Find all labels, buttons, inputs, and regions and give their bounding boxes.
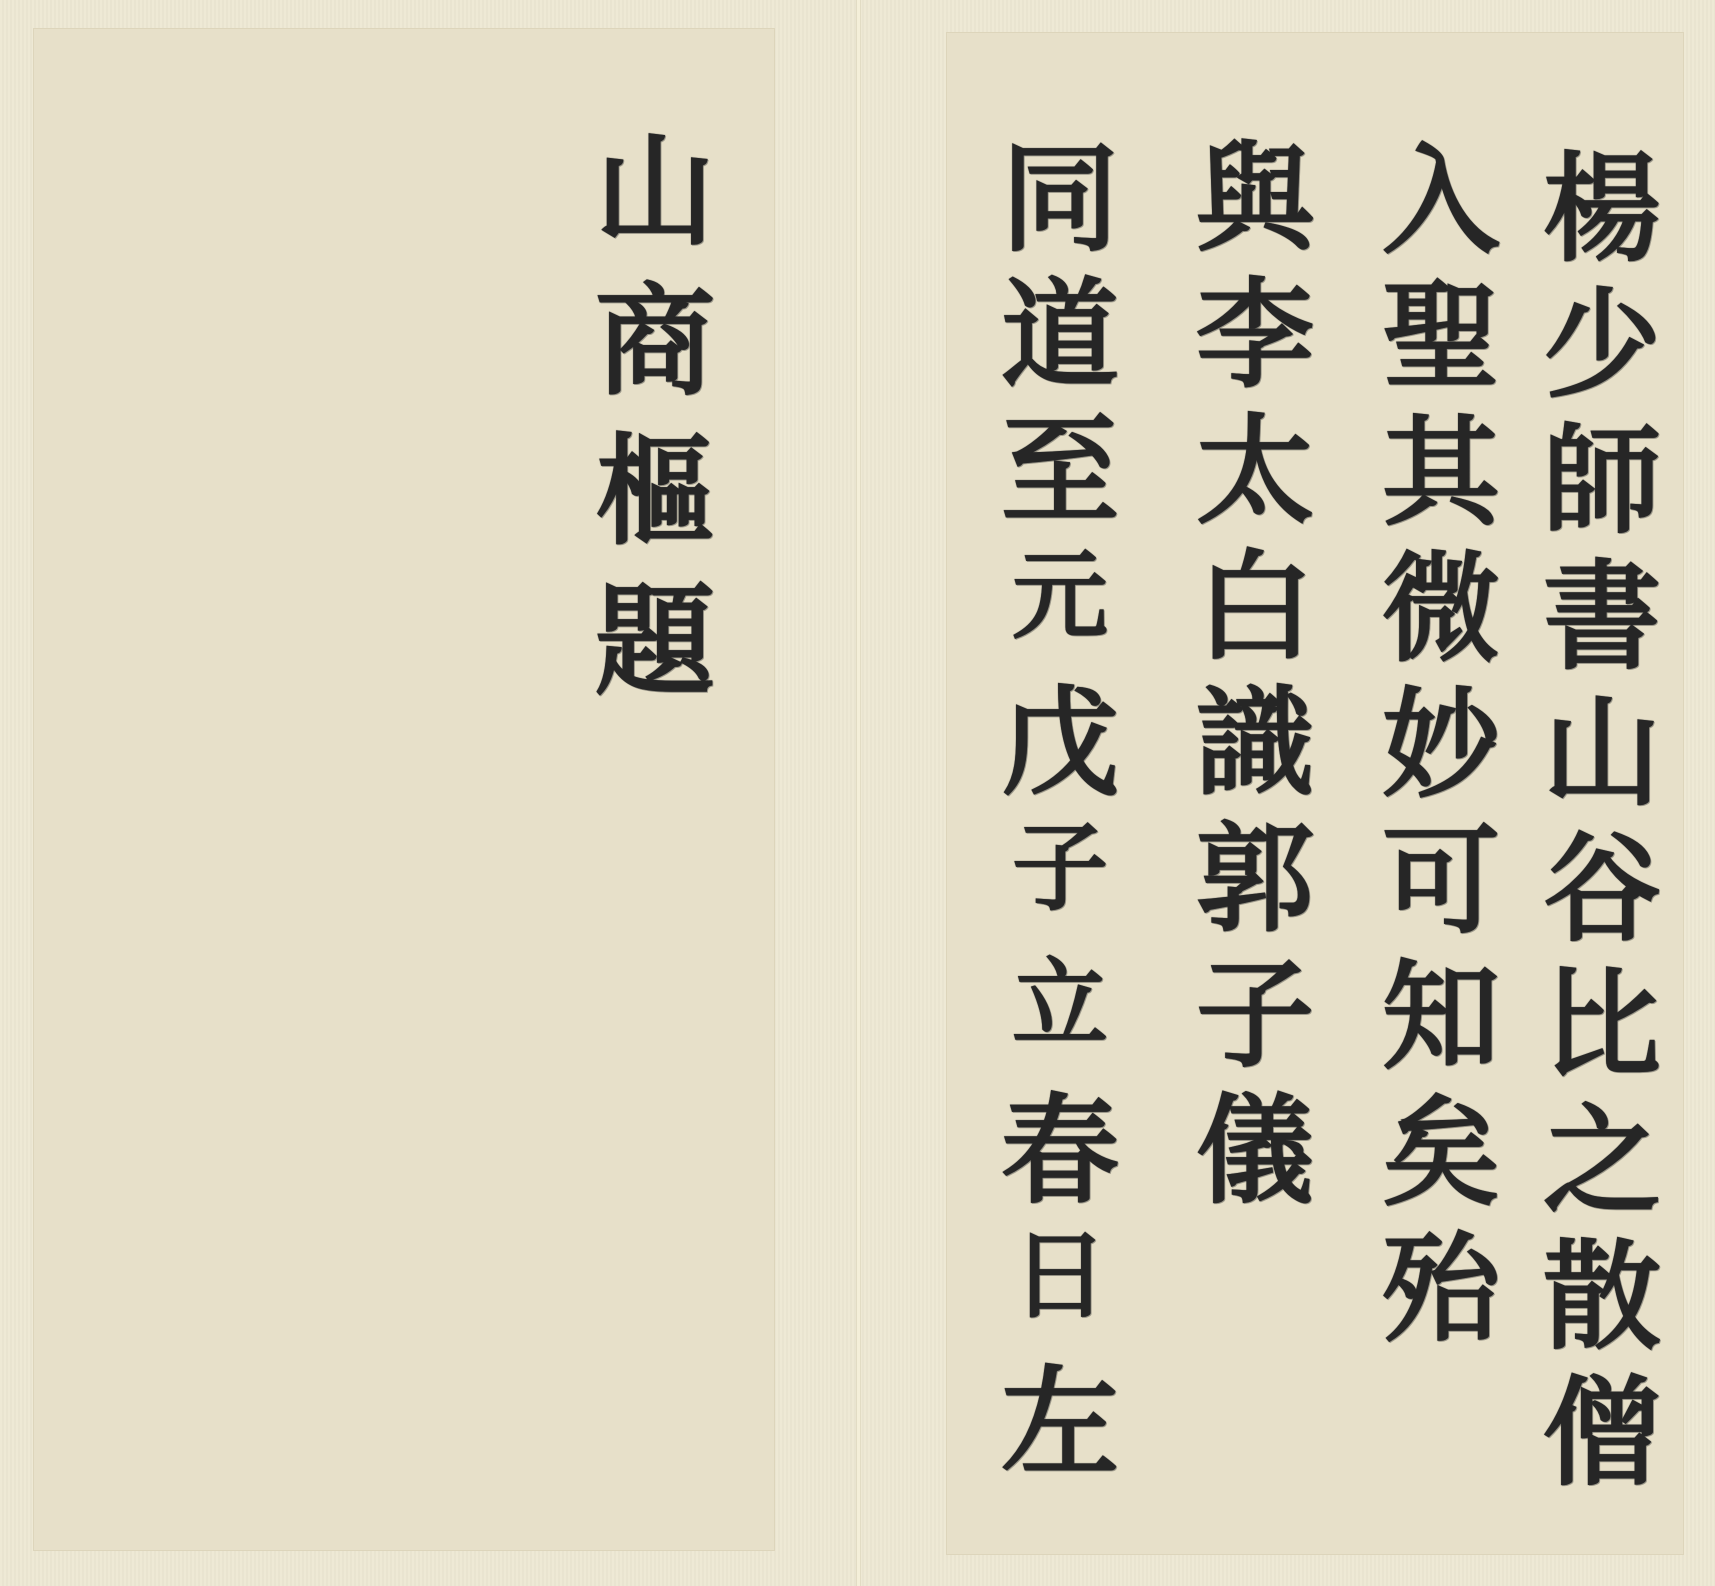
calligraphy-char: 立 (985, 956, 1135, 1092)
center-fold (857, 0, 860, 1586)
calligraphy-char: 白 (1180, 548, 1330, 684)
calligraphy-char: 可 (1366, 822, 1516, 958)
calligraphy-char: 少 (1527, 286, 1677, 422)
calligraphy-char: 僧 (1527, 1374, 1677, 1510)
calligraphy-char: 微 (1366, 550, 1516, 686)
title-char: 題 (585, 582, 725, 732)
text-column-3: 與 李 太 白 識 郭 子 儀 (1180, 140, 1330, 1228)
text-column-4: 同 道 至 元 戊 子 立 春 日 左 (985, 140, 1135, 1500)
calligraphy-char: 戊 (985, 684, 1135, 820)
calligraphy-char: 左 (985, 1364, 1135, 1500)
calligraphy-char: 書 (1527, 558, 1677, 694)
calligraphy-char: 太 (1180, 412, 1330, 548)
calligraphy-char: 日 (985, 1228, 1135, 1364)
calligraphy-char: 至 (985, 412, 1135, 548)
calligraphy-char: 師 (1527, 422, 1677, 558)
calligraphy-char: 矣 (1366, 1094, 1516, 1230)
calligraphy-char: 散 (1527, 1238, 1677, 1374)
calligraphy-char: 聖 (1366, 278, 1516, 414)
calligraphy-char: 其 (1366, 414, 1516, 550)
calligraphy-char: 山 (1527, 694, 1677, 830)
title-char: 商 (585, 282, 725, 432)
calligraphy-char: 知 (1366, 958, 1516, 1094)
calligraphy-char: 楊 (1527, 150, 1677, 286)
calligraphy-char: 谷 (1527, 830, 1677, 966)
calligraphy-char: 之 (1527, 1102, 1677, 1238)
calligraphy-char: 入 (1366, 142, 1516, 278)
calligraphy-char: 與 (1180, 140, 1330, 276)
text-column-1: 楊 少 師 書 山 谷 比 之 散 僧 (1527, 150, 1677, 1510)
calligraphy-char: 子 (1180, 956, 1330, 1092)
calligraphy-char: 李 (1180, 276, 1330, 412)
text-column-2: 入 聖 其 微 妙 可 知 矣 殆 (1366, 142, 1516, 1366)
calligraphy-char: 子 (985, 820, 1135, 956)
title-char: 山 (585, 132, 725, 282)
title-char: 樞 (585, 432, 725, 582)
calligraphy-char: 比 (1527, 966, 1677, 1102)
calligraphy-char: 殆 (1366, 1230, 1516, 1366)
calligraphy-char: 春 (985, 1092, 1135, 1228)
calligraphy-char: 同 (985, 140, 1135, 276)
calligraphy-char: 元 (985, 548, 1135, 684)
calligraphy-char: 妙 (1366, 686, 1516, 822)
calligraphy-char: 儀 (1180, 1092, 1330, 1228)
calligraphy-char: 道 (985, 276, 1135, 412)
calligraphy-char: 郭 (1180, 820, 1330, 956)
calligraphy-char: 識 (1180, 684, 1330, 820)
title-inscription: 山 商 樞 題 (585, 132, 725, 732)
